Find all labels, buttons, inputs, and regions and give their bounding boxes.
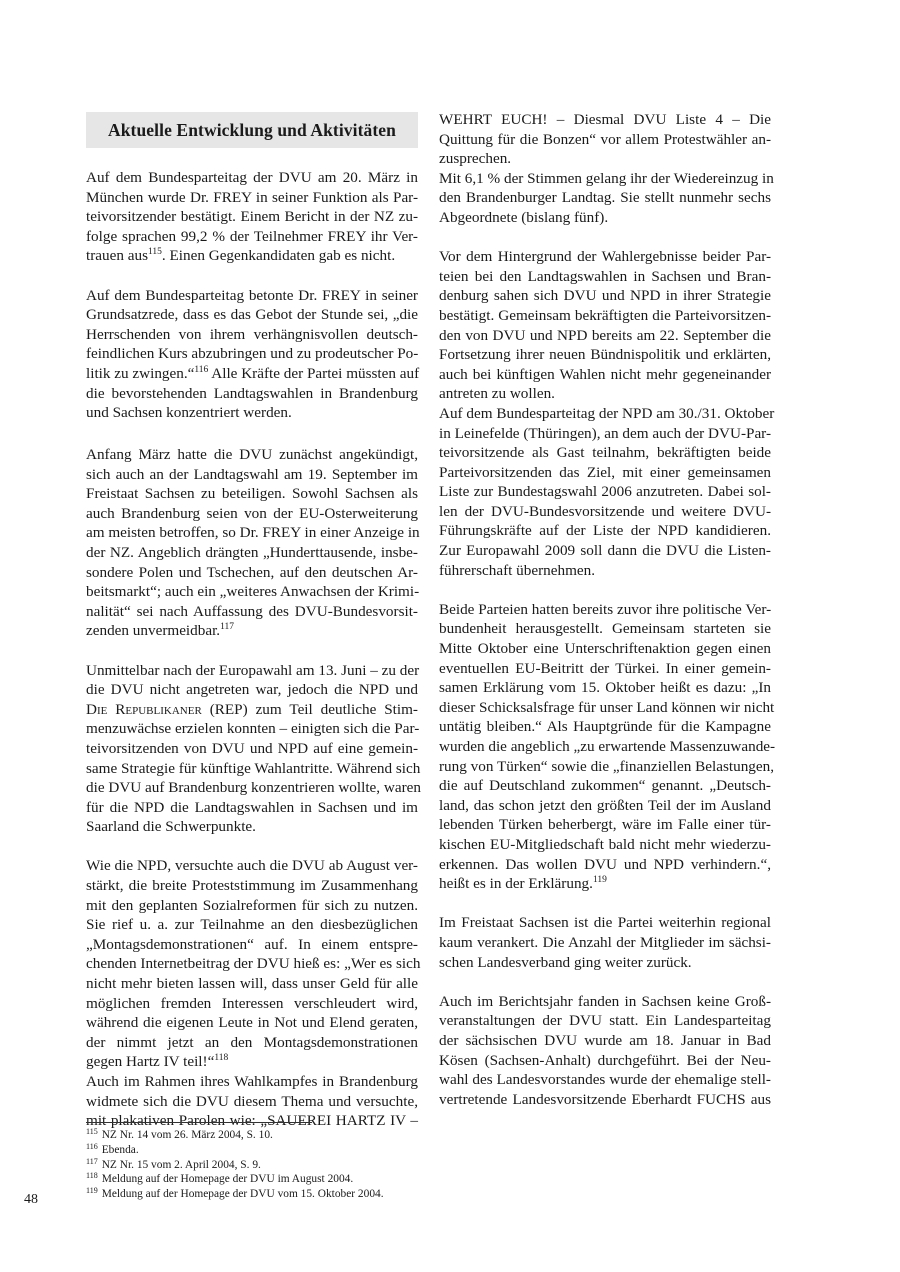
- text-line: menzuwächse erzielen konnten – einigten …: [86, 719, 418, 739]
- text-line: Saarland die Schwerpunkte.: [86, 817, 418, 837]
- section-heading-box: Aktuelle Entwicklung und Aktivitäten: [86, 112, 418, 148]
- paragraph-npd-congress: Auf dem Bundesparteitag der NPD am 30./3…: [439, 404, 771, 580]
- text-line: Liste zur Bundestagswahl 2006 anzutreten…: [439, 482, 771, 502]
- text-line: denburg sahen sich DVU und NPD in ihrer …: [439, 286, 771, 306]
- text-line: zenden unvermeidbar.117: [86, 621, 418, 641]
- text-line: Auch im Rahmen ihres Wahlkampfes in Bran…: [86, 1072, 418, 1092]
- text-line: die bevorstehenden Landtagswahlen in Bra…: [86, 384, 418, 404]
- text-line: Führungskräfte auf der Liste der NPD kan…: [439, 521, 771, 541]
- text-line: same Strategie für künftige Wahlantritte…: [86, 759, 418, 779]
- text-line: möglichen fremden Interessen verschleude…: [86, 994, 418, 1014]
- text-line: nalität“ sei nach Auffassung des DVU-Bun…: [86, 602, 418, 622]
- right-column: WEHRT EUCH! – Diesmal DVU Liste 4 – Die …: [439, 110, 771, 1109]
- text-line: Unmittelbar nach der Europawahl am 13. J…: [86, 661, 418, 681]
- text-line: für die NPD die Landtagswahlen in Sachse…: [86, 798, 418, 818]
- text-line: die DVU auf Brandenburg konzentrieren wo…: [86, 778, 418, 798]
- footnotes: 115NZ Nr. 14 vom 26. März 2004, S. 10. 1…: [86, 1128, 384, 1202]
- paragraph-europe-election: Unmittelbar nach der Europawahl am 13. J…: [86, 661, 418, 837]
- text-line: WEHRT EUCH! – Diesmal DVU Liste 4 – Die: [439, 110, 771, 130]
- text-line: den Brandenburger Landtag. Sie stellt nu…: [439, 188, 771, 208]
- text-line: Anfang März hatte die DVU zunächst angek…: [86, 445, 418, 465]
- text-line: in Leinefelde (Thüringen), an dem auch d…: [439, 424, 771, 444]
- footnote-divider: [86, 1122, 312, 1123]
- text-line: der nimmt jetzt an den Montagsdemonstrat…: [86, 1033, 418, 1053]
- text-line: während die eigenen Leute in Not und Ele…: [86, 1013, 418, 1033]
- text-line: Auch im Berichtsjahr fanden in Sachsen k…: [439, 992, 771, 1012]
- text-line: Die Republikaner (REP) zum Teil deutlich…: [86, 700, 418, 720]
- text-line: den von DVU und NPD bereits am 22. Septe…: [439, 326, 771, 346]
- text-line: antreten zu wollen.: [439, 384, 771, 404]
- text-line: Herrschenden von ihrem verhängnisvollen …: [86, 325, 418, 345]
- footnote-116: 116Ebenda.: [86, 1143, 384, 1158]
- text-line: teien bei den Landtagswahlen in Sachsen …: [439, 267, 771, 287]
- paragraph-eu-enlargement: Anfang März hatte die DVU zunächst angek…: [86, 445, 418, 641]
- paragraph-election-result: Mit 6,1 % der Stimmen gelang ihr der Wie…: [439, 169, 771, 228]
- paragraph-slogan-continued: WEHRT EUCH! – Diesmal DVU Liste 4 – Die …: [439, 110, 771, 169]
- footnote-117: 117NZ Nr. 15 vom 2. April 2004, S. 9.: [86, 1158, 384, 1173]
- text-line: Vor dem Hintergrund der Wahlergebnisse b…: [439, 247, 771, 267]
- text-line: samen Erklärung vom 15. Oktober heißt es…: [439, 678, 771, 698]
- page-number: 48: [24, 1192, 38, 1208]
- paragraph-saxony-events: Auch im Berichtsjahr fanden in Sachsen k…: [439, 992, 771, 1110]
- text-line: Freistaat Sachsen zu beteiligen. Sowohl …: [86, 484, 418, 504]
- text-line: heißt es in der Erklärung.119: [439, 874, 771, 894]
- text-line: len der DVU-Bundesvorsitzende und weiter…: [439, 502, 771, 522]
- text-line: und Sachsen konzentriert werden.: [86, 403, 418, 423]
- text-line: Wie die NPD, versuchte auch die DVU ab A…: [86, 856, 418, 876]
- text-line: veranstaltungen der DVU statt. Ein Lande…: [439, 1011, 771, 1031]
- text-line: litik zu zwingen.“116 Alle Kräfte der Pa…: [86, 364, 418, 384]
- party-name-republikaner: Die Republikaner: [86, 701, 202, 718]
- text-line: München wurde Dr. FREY in seiner Funktio…: [86, 188, 418, 208]
- paragraph-frey-speech: Auf dem Bundesparteitag betonte Dr. FREY…: [86, 286, 418, 423]
- text-line: Auf dem Bundesparteitag betonte Dr. FREY…: [86, 286, 418, 306]
- left-column: Auf dem Bundesparteitag der DVU am 20. M…: [86, 168, 418, 442]
- text-line: mit den geplanten Sozialreformen für sic…: [86, 896, 418, 916]
- text-line: bundenheit herausgestellt. Gemeinsam sta…: [439, 619, 771, 639]
- text-line: Zur Europawahl 2009 soll dann die DVU di…: [439, 541, 771, 561]
- text-line: nicht mehr bieten lassen will, dass unse…: [86, 974, 418, 994]
- text-line: untätig bleiben.“ Als Hauptgründe für di…: [439, 717, 771, 737]
- text-line: sondere Polen und Tschechen, auf den deu…: [86, 563, 418, 583]
- text-line: kischen EU-Mitgliedschaft bald nicht meh…: [439, 835, 771, 855]
- text-line: Abgeordnete (bislang fünf).: [439, 208, 771, 228]
- text-line: sich auch an der Landtagswahl am 19. Sep…: [86, 465, 418, 485]
- footnote-ref-116[interactable]: 116: [194, 365, 208, 375]
- text-line: zusprechen.: [439, 149, 771, 169]
- text-line: „Montagsdemonstrationen“ auf. In einem e…: [86, 935, 418, 955]
- text-line: am meisten betroffen, so Dr. FREY in ein…: [86, 523, 418, 543]
- text-line: schen Landesverband ging weiter zurück.: [439, 953, 771, 973]
- text-line: feindlichen Kurs abzubringen und zu prod…: [86, 344, 418, 364]
- text-line: teivorsitzender bestätigt. Einem Bericht…: [86, 207, 418, 227]
- text-line: Im Freistaat Sachsen ist die Partei weit…: [439, 913, 771, 933]
- paragraph-turkey-petition: Beide Parteien hatten bereits zuvor ihre…: [439, 600, 771, 894]
- text-line: rung von Türken“ sowie die „finanziellen…: [439, 757, 771, 777]
- footnote-119: 119Meldung auf der Homepage der DVU vom …: [86, 1187, 384, 1202]
- left-column-continued: Anfang März hatte die DVU zunächst angek…: [86, 445, 418, 1131]
- text-line: chenden Internetbeitrag der DVU hieß es:…: [86, 954, 418, 974]
- text-line: der sächsischen DVU wurde am 18. Januar …: [439, 1031, 771, 1051]
- text-line: auch bei künftigen Wahlen nicht mehr geg…: [439, 365, 771, 385]
- text-line: dieser Schicksalsfrage für unser Land kö…: [439, 698, 771, 718]
- text-line: gegen Hartz IV teil!“118: [86, 1052, 418, 1072]
- text-line: erkennen. Das wollen DVU und NPD verhind…: [439, 855, 771, 875]
- footnote-118: 118Meldung auf der Homepage der DVU im A…: [86, 1172, 384, 1187]
- text-line: Quittung für die Bonzen“ vor allem Prote…: [439, 130, 771, 150]
- text-line: Grundsatzrede, dass es das Gebot der Stu…: [86, 305, 418, 325]
- text-line: stärkt, die breite Proteststimmung im Zu…: [86, 876, 418, 896]
- text-line: führerschaft übernehmen.: [439, 561, 771, 581]
- text-line: Beide Parteien hatten bereits zuvor ihre…: [439, 600, 771, 620]
- text-line: wahl des Landesvorstandes wurde der ehem…: [439, 1070, 771, 1090]
- text-line: Sie rief u. a. zur Teilnahme an den dies…: [86, 915, 418, 935]
- paragraph-alliance-confirmed: Vor dem Hintergrund der Wahlergebnisse b…: [439, 247, 771, 404]
- paragraph-party-congress: Auf dem Bundesparteitag der DVU am 20. M…: [86, 168, 418, 266]
- text-line: bestätigt. Gemeinsam bekräftigten die Pa…: [439, 306, 771, 326]
- footnote-ref-117[interactable]: 117: [220, 622, 234, 632]
- text-line: Parteivorsitzenden das Ziel, mit einer g…: [439, 463, 771, 483]
- footnote-115: 115NZ Nr. 14 vom 26. März 2004, S. 10.: [86, 1128, 384, 1143]
- text-line: beitsmarkt“; auch ein „weiteres Anwachse…: [86, 582, 418, 602]
- paragraph-protest-mood: Wie die NPD, versuchte auch die DVU ab A…: [86, 856, 418, 1072]
- footnote-ref-115[interactable]: 115: [148, 247, 162, 257]
- text-line: wurden die angeblich „zu erwartende Mass…: [439, 737, 771, 757]
- text-line: die DVU nicht angetreten war, jedoch die…: [86, 680, 418, 700]
- text-line: kaum verankert. Die Anzahl der Mitgliede…: [439, 933, 771, 953]
- text-line: Mitte Oktober eine Unterschriftenaktion …: [439, 639, 771, 659]
- text-line: Auf dem Bundesparteitag der DVU am 20. M…: [86, 168, 418, 188]
- text-line: teivorsitzenden von DVU und NPD auf eine…: [86, 739, 418, 759]
- text-line: die auf Deutschland zukommen“ genannt. „…: [439, 776, 771, 796]
- text-line: vertretende Landesvorsitzende Eberhardt …: [439, 1090, 771, 1110]
- text-line: auch Brandenburg seien von der EU-Osterw…: [86, 504, 418, 524]
- text-line: land, das schon jetzt den größten Teil d…: [439, 796, 771, 816]
- text-line: Auf dem Bundesparteitag der NPD am 30./3…: [439, 404, 771, 424]
- text-line: eventuellen EU-Beitritt der Türkei. In e…: [439, 659, 771, 679]
- text-line: Kösen (Sachsen-Anhalt) durchgeführt. Bei…: [439, 1051, 771, 1071]
- text-line: Fortsetzung ihrer neuen Bündnispolitik u…: [439, 345, 771, 365]
- text-line: widmete sich die DVU diesem Thema und ve…: [86, 1092, 418, 1112]
- text-line: der NZ. Angeblich drängten „Hunderttause…: [86, 543, 418, 563]
- text-line: Mit 6,1 % der Stimmen gelang ihr der Wie…: [439, 169, 771, 189]
- footnote-ref-119[interactable]: 119: [593, 875, 607, 885]
- text-line: lebenden Türken beherbergt, wäre im Fall…: [439, 815, 771, 835]
- text-line: folge sprachen 99,2 % der Teilnehmer FRE…: [86, 227, 418, 247]
- paragraph-saxony-membership: Im Freistaat Sachsen ist die Partei weit…: [439, 913, 771, 972]
- text-line: teivorsitzende als Gast teilnahm, bekräf…: [439, 443, 771, 463]
- section-heading: Aktuelle Entwicklung und Aktivitäten: [108, 120, 396, 141]
- text-line: trauen aus115. Einen Gegenkandidaten gab…: [86, 246, 418, 266]
- footnote-ref-118[interactable]: 118: [214, 1053, 228, 1063]
